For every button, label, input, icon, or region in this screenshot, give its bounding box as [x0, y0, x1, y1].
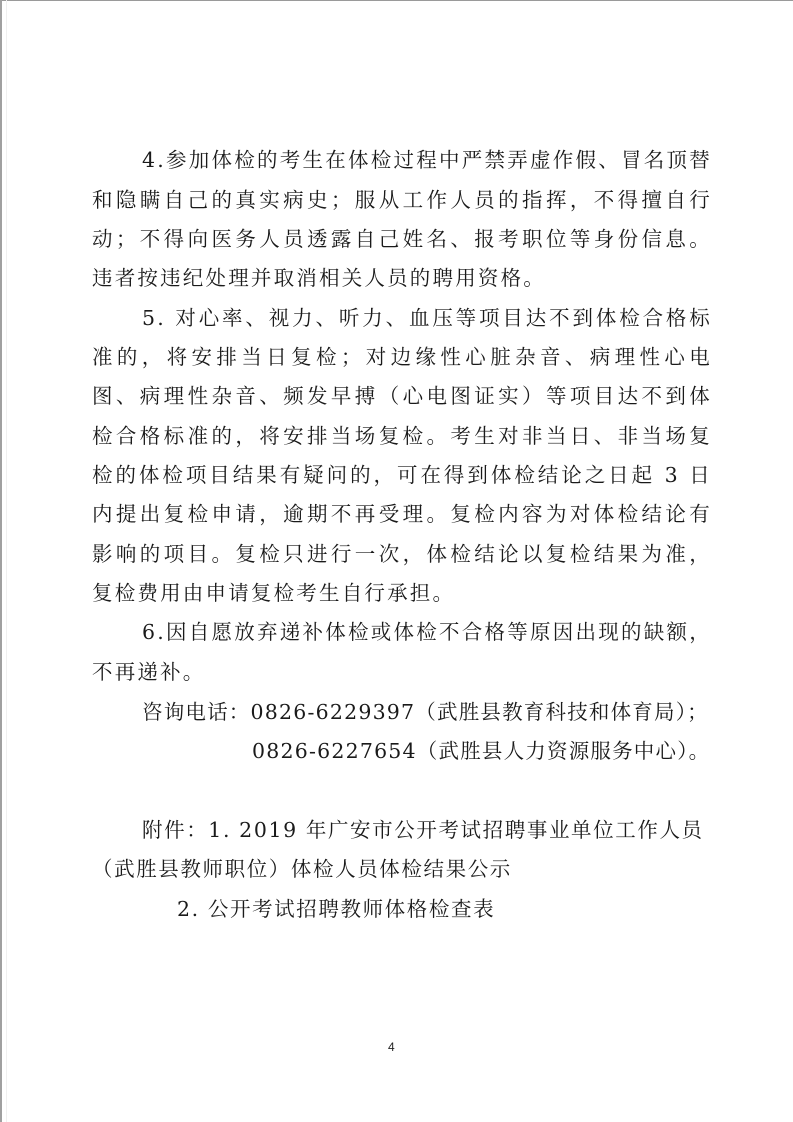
contact-line-hr-center: 0826-6227654（武胜县人力资源服务中心）。	[252, 736, 793, 766]
page-border-left-inner	[6, 0, 7, 1122]
text-line: 检的体检项目结果有疑问的，可在得到体检结论之日起 3 日	[92, 460, 712, 490]
text-line: 图、病理性杂音、频发早搏（心电图证实）等项目达不到体	[92, 381, 712, 411]
text-line: 不再递补。	[92, 657, 712, 687]
attachment-2: 2. 公开考试招聘教师体格检查表	[177, 894, 793, 924]
text-line: 准的，将安排当日复检；对边缘性心脏杂音、病理性心电	[92, 342, 712, 372]
text-line: 5. 对心率、视力、听力、血压等项目达不到体检合格标	[142, 303, 712, 333]
text-line: 动；不得向医务人员透露自己姓名、报考职位等身份信息。	[92, 224, 712, 254]
text-line: 4.参加体检的考生在体检过程中严禁弄虚作假、冒名顶替	[142, 145, 712, 175]
page-number: 4	[388, 1040, 395, 1054]
text-line: 检合格标准的，将安排当场复检。考生对非当日、非当场复	[92, 421, 712, 451]
text-line: 6.因自愿放弃递补体检或体检不合格等原因出现的缺额，	[142, 617, 712, 647]
text-line: 影响的项目。复检只进行一次，体检结论以复检结果为准，	[92, 539, 712, 569]
text-line: 违者按违纪处理并取消相关人员的聘用资格。	[92, 263, 712, 293]
text-line: 和隐瞒自己的真实病史；服从工作人员的指挥，不得擅自行	[92, 185, 712, 215]
text-line: 复检费用由申请复检考生自行承担。	[92, 578, 712, 608]
text-line: 内提出复检申请，逾期不再受理。复检内容为对体检结论有	[92, 499, 712, 529]
page-border-top	[0, 0, 793, 1]
contact-line-education-bureau: 咨询电话：0826-6229397（武胜县教育科技和体育局）；	[142, 697, 762, 727]
attachment-1-line-1: 附件：1. 2019 年广安市公开考试招聘事业单位工作人员	[142, 815, 762, 845]
page-border-left	[0, 0, 2, 1122]
attachment-1-line-2: （武胜县教师职位）体检人员体检结果公示	[92, 854, 712, 884]
